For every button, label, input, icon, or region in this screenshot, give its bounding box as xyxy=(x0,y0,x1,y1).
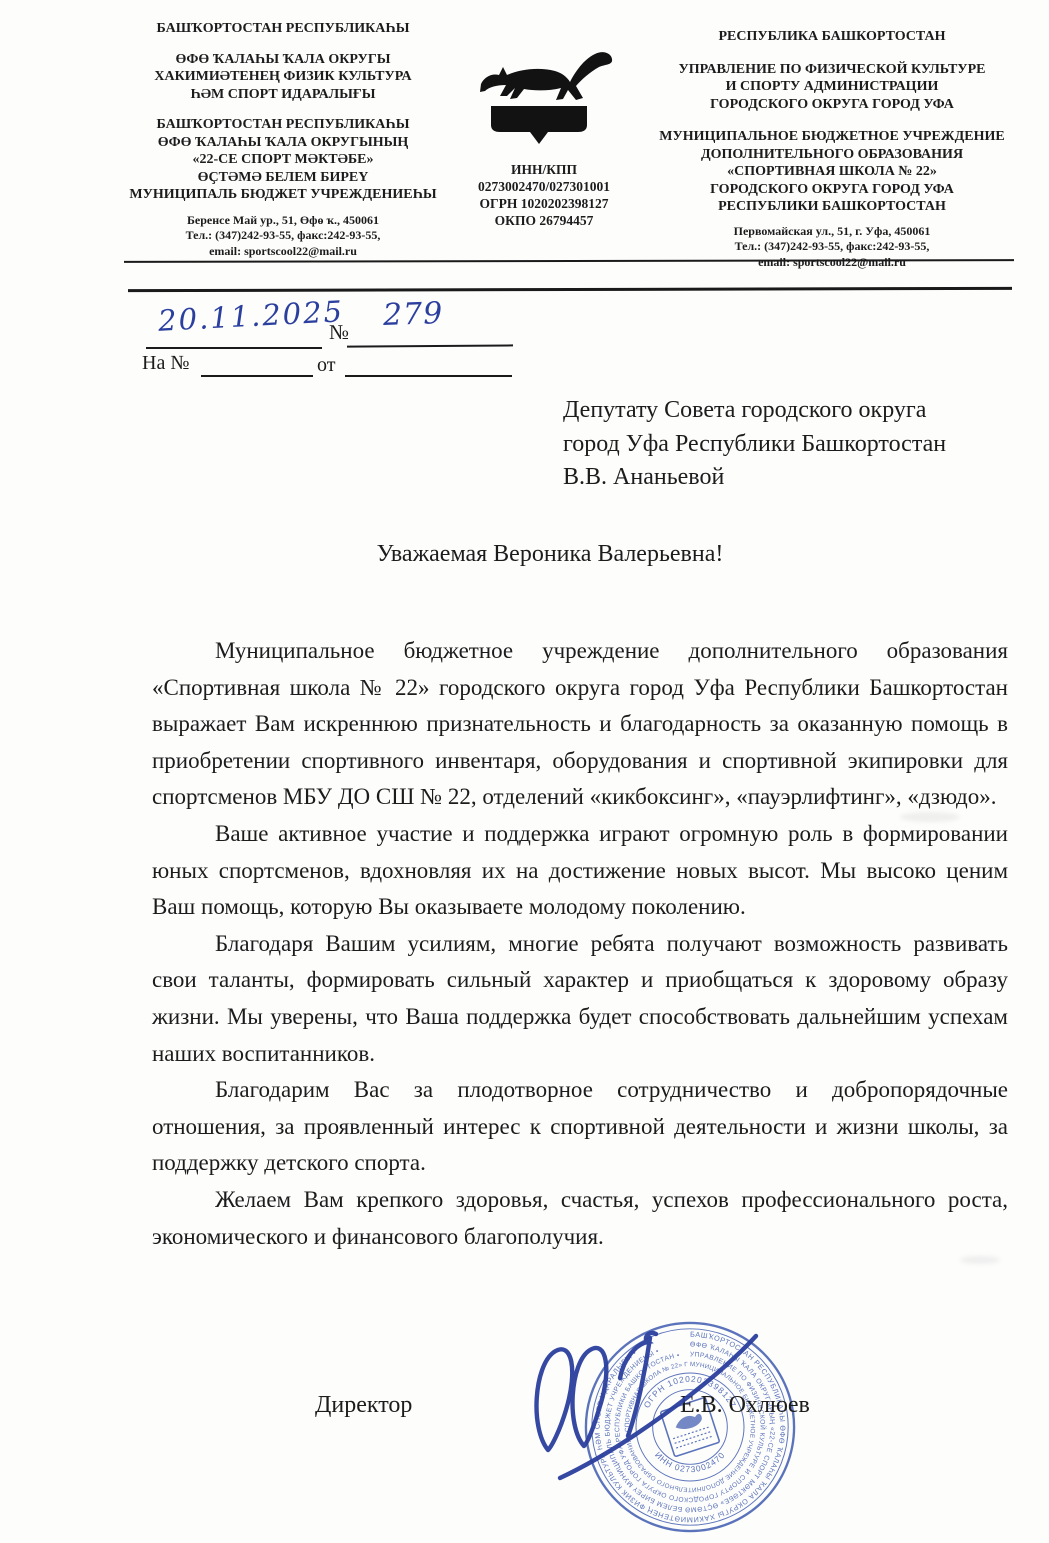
body-paragraph: Благодарим Вас за плодотворное сотруднич… xyxy=(152,1072,1008,1182)
reply-date-underline xyxy=(345,375,512,377)
org-line: МУНИЦИПАЛЬНОЕ БЮДЖЕТНОЕ УЧРЕЖДЕНИЕ xyxy=(640,128,1024,146)
salutation: Уважаемая Вероника Валерьевна! xyxy=(150,541,950,568)
signer-position: Директор xyxy=(315,1392,412,1419)
body-paragraph: Ваше активное участие и поддержка играют… xyxy=(152,816,1008,926)
reply-to-label: На № xyxy=(142,352,189,375)
handwritten-date: 20.11.2025 xyxy=(157,294,345,338)
org-line: МУНИЦИПАЛЬ БЮДЖЕТ УЧРЕЖДЕНИЕҺЫ xyxy=(118,186,448,204)
letterhead: БАШҠОРТОСТАН РЕСПУБЛИКАҺЫ ӨФӨ ҠАЛАҺЫ ҠАЛ… xyxy=(118,20,1024,270)
recipient-block: Депутату Совета городского округа город … xyxy=(563,394,1013,495)
org-line: ДОПОЛНИТЕЛЬНОГО ОБРАЗОВАНИЯ xyxy=(640,146,1024,164)
director-pen-signature xyxy=(498,1316,798,1506)
address-line: Тел.: (347)242-93-55, факс:242-93-55, xyxy=(640,239,1024,255)
org-name-line: «СПОРТИВНАЯ ШКОЛА № 22» xyxy=(640,163,1024,181)
recipient-line: город Уфа Республики Башкортостан xyxy=(563,428,1013,462)
address-line: Тел.: (347)242-93-55, факс:242-93-55, xyxy=(118,228,448,244)
org-line: ҺӘМ СПОРТ ИДАРАЛЫҒЫ xyxy=(118,86,448,104)
email-line: email: sportscool22@mail.ru xyxy=(118,244,448,260)
date-underline xyxy=(146,347,322,349)
handwritten-outgoing-number: 279 xyxy=(382,296,443,333)
org-line: ӨҪТӘМӘ БЕЛЕМ БИРЕҮ xyxy=(118,169,448,187)
org-line: БАШҠОРТОСТАН РЕСПУБЛИКАҺЫ xyxy=(118,116,448,134)
body-paragraph: Муниципальное бюджетное учреждение допол… xyxy=(152,633,1008,816)
org-line: БАШҠОРТОСТАН РЕСПУБЛИКАҺЫ xyxy=(118,20,448,38)
body-paragraph: Желаем Вам крепкого здоровья, счастья, у… xyxy=(152,1182,1008,1255)
number-underline xyxy=(347,344,513,347)
email-line: email: sportscool22@mail.ru xyxy=(640,255,1024,271)
address-line: Беренсе Май ур., 51, Өфө ҡ., 450061 xyxy=(118,213,448,229)
number-sign: № xyxy=(329,320,349,345)
org-line: ӨФӨ ҠАЛАҺЫ ҠАЛА ОКРУГЫНЫҢ xyxy=(118,134,448,152)
inn-kpp-label: ИНН/КПП xyxy=(448,161,640,178)
ogrn-value: ОГРН 1020202398127 xyxy=(448,195,640,212)
org-line: РЕСПУБЛИКА БАШКОРТОСТАН xyxy=(640,28,1024,46)
scanned-letter-page: БАШҠОРТОСТАН РЕСПУБЛИКАҺЫ ӨФӨ ҠАЛАҺЫ ҠАЛ… xyxy=(0,0,1049,1543)
marten-emblem-icon xyxy=(469,32,619,150)
org-line: УПРАВЛЕНИЕ ПО ФИЗИЧЕСКОЙ КУЛЬТУРЕ xyxy=(640,61,1024,79)
body-paragraph: Благодаря Вашим усилиям, многие ребята п… xyxy=(152,926,1008,1072)
okpo-value: ОКПО 26794457 xyxy=(448,212,640,229)
org-line: ӨФӨ ҠАЛАҺЫ ҠАЛА ОКРУГЫ xyxy=(118,51,448,69)
inn-kpp-value: 0273002470/027301001 xyxy=(448,178,640,195)
letterhead-bashkir-column: БАШҠОРТОСТАН РЕСПУБЛИКАҺЫ ӨФӨ ҠАЛАҺЫ ҠАЛ… xyxy=(118,20,448,259)
letter-body: Муниципальное бюджетное учреждение допол… xyxy=(152,633,1008,1255)
org-line: И СПОРТУ АДМИНИСТРАЦИИ xyxy=(640,78,1024,96)
org-line: ГОРОДСКОГО ОКРУГА ГОРОД УФА xyxy=(640,96,1024,114)
org-line: РЕСПУБЛИКИ БАШКОРТОСТАН xyxy=(640,198,1024,216)
recipient-name: В.В. Ананьевой xyxy=(563,461,1013,495)
reply-from-label: от xyxy=(317,354,335,377)
address-line: Первомайская ул., 51, г. Уфа, 450061 xyxy=(640,224,1024,240)
reply-number-underline xyxy=(201,375,313,377)
letterhead-russian-column: РЕСПУБЛИКА БАШКОРТОСТАН УПРАВЛЕНИЕ ПО ФИ… xyxy=(640,20,1024,270)
scan-artifact xyxy=(960,1256,1000,1264)
letterhead-divider-line-thick xyxy=(128,287,1012,292)
scan-artifact xyxy=(900,812,960,822)
letterhead-center-column: ИНН/КПП 0273002470/027301001 ОГРН 102020… xyxy=(448,20,640,229)
org-line: ХАКИМИӘТЕНЕҢ ФИЗИК КУЛЬТУРА xyxy=(118,68,448,86)
recipient-line: Депутату Совета городского округа xyxy=(563,394,1013,428)
org-line: «22-СЕ СПОРТ МӘКТӘБЕ» xyxy=(118,151,448,169)
org-line: ГОРОДСКОГО ОКРУГА ГОРОД УФА xyxy=(640,181,1024,199)
